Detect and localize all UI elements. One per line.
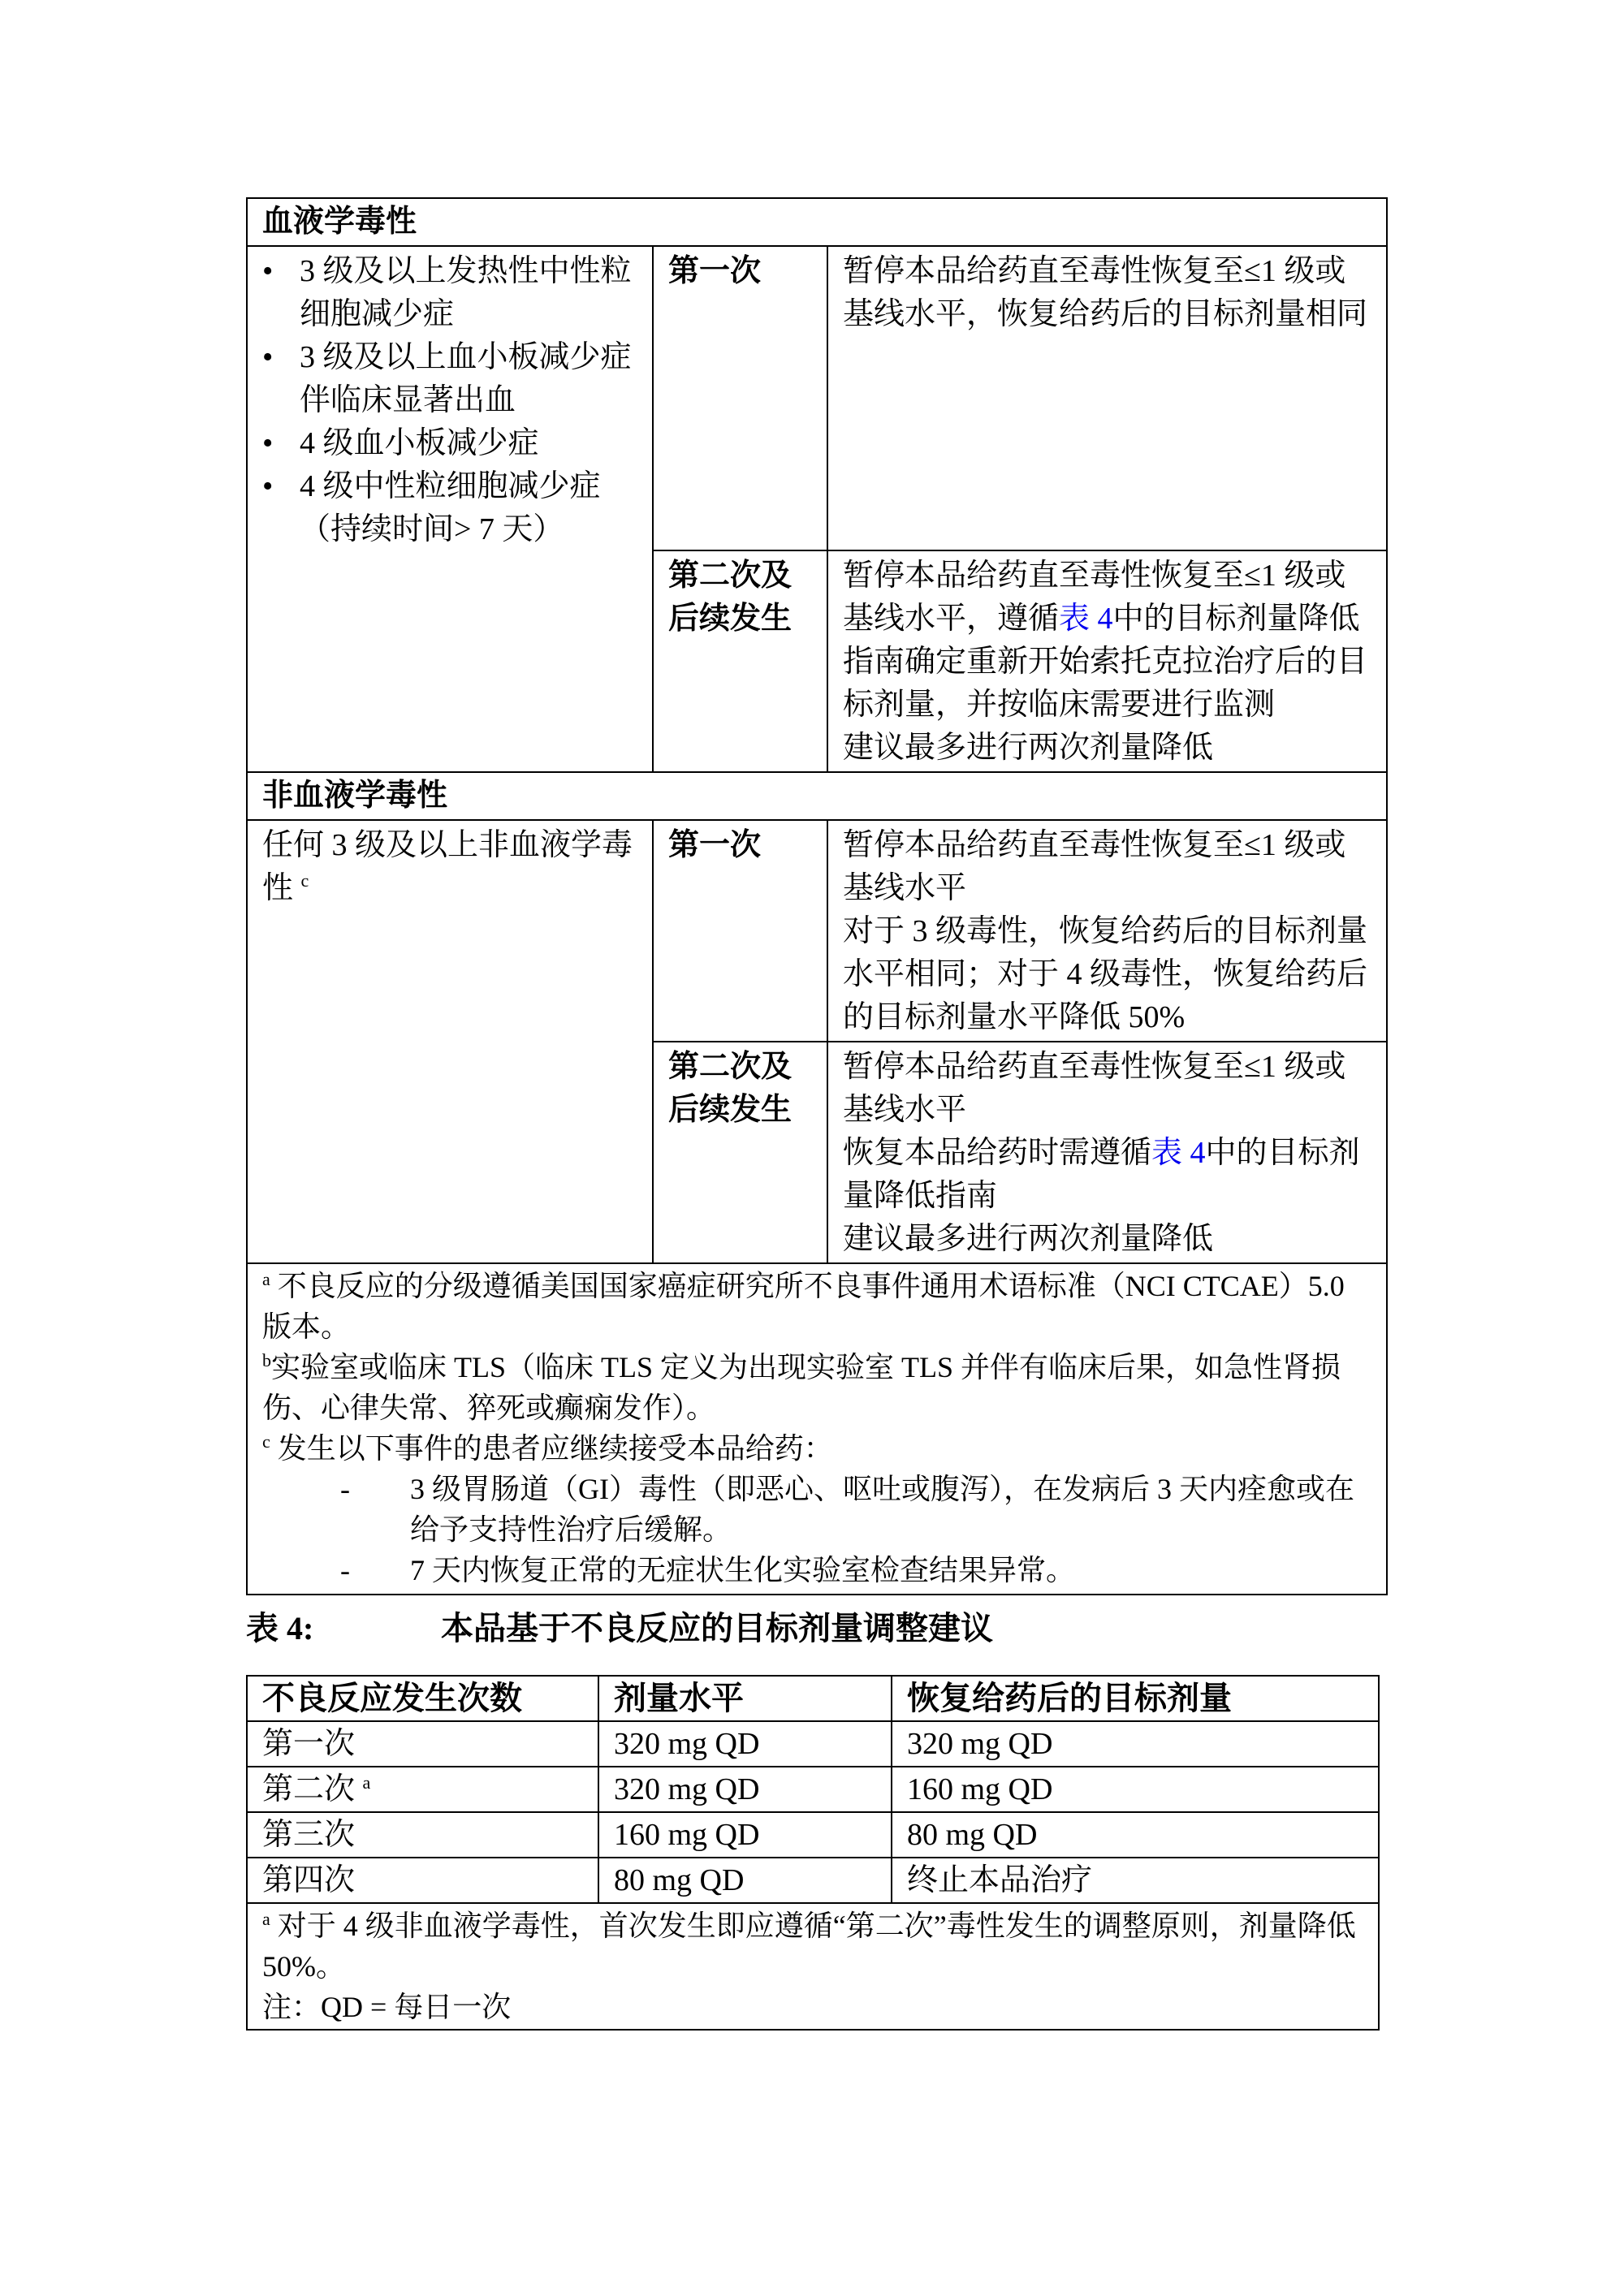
action-cell: 暂停本品给药直至毒性恢复至≤1 级或基线水平，遵循表 4中的目标剂量降低指南确定… xyxy=(827,550,1387,772)
footnotes-cell: a 不良反应的分级遵循美国国家癌症研究所不良事件通用术语标准（NCI CTCAE… xyxy=(247,1263,1387,1595)
table-4-caption: 表 4:本品基于不良反应的目标剂量调整建议 xyxy=(246,1606,993,1651)
footnotes-row: a 不良反应的分级遵循美国国家癌症研究所不良事件通用术语标准（NCI CTCAE… xyxy=(247,1263,1387,1595)
table-row: 任何 3 级及以上非血液学毒性 c 第一次 暂停本品给药直至毒性恢复至≤1 级或… xyxy=(247,820,1387,1042)
footnote-c-item: -7 天内恢复正常的无症状生化实验室检查结果异常。 xyxy=(262,1550,1371,1590)
action-text: 暂停本品给药直至毒性恢复至≤1 级或基线水平 xyxy=(843,824,1371,910)
occurrence-label: 第二次及后续发生 xyxy=(653,1042,827,1263)
table-row: 第三次 160 mg QD 80 mg QD xyxy=(247,1812,1379,1858)
footnote-a: a 对于 4 级非血液学毒性，首次发生即应遵循“第二次”毒性发生的调整原则，剂量… xyxy=(262,1905,1363,1987)
action-text: 暂停本品给药直至毒性恢复至≤1 级或基线水平 xyxy=(843,1046,1371,1132)
occurrence-label: 第一次 xyxy=(653,246,827,550)
dose-cell: 80 mg QD xyxy=(598,1858,892,1903)
occurrence-text: 第二次 xyxy=(262,1772,355,1806)
dose-cell: 320 mg QD xyxy=(598,1767,892,1812)
footnote-c-item: -3 级胃肠道（GI）毒性（即恶心、呕吐或腹泻），在发病后 3 天内痊愈或在给予… xyxy=(262,1469,1371,1550)
action-note: 建议最多进行两次剂量降低 xyxy=(843,1218,1371,1261)
action-cell: 暂停本品给药直至毒性恢复至≤1 级或基线水平 对于 3 级毒性，恢复给药后的目标… xyxy=(827,820,1387,1042)
action-text: 对于 3 级毒性，恢复给药后的目标剂量水平相同；对于 4 级毒性，恢复给药后的目… xyxy=(843,910,1371,1039)
abbreviation-note: 注：QD = 每日一次 xyxy=(262,1987,1363,2027)
action-cell: 暂停本品给药直至毒性恢复至≤1 级或基线水平，恢复给药后的目标剂量相同 xyxy=(827,246,1387,550)
dash-bullet: - xyxy=(262,1550,410,1590)
footnotes-row: a 对于 4 级非血液学毒性，首次发生即应遵循“第二次”毒性发生的调整原则，剂量… xyxy=(247,1903,1379,2030)
footnote-text: 实验室或临床 TLS（临床 TLS 定义为出现实验室 TLS 并伴有临床后果，如… xyxy=(262,1351,1341,1424)
footnote-c: c 发生以下事件的患者应继续接受本品给药： xyxy=(262,1428,1371,1469)
occurrence-text: 第四次 xyxy=(262,1863,355,1897)
criteria-item: 4 级中性粒细胞减少症（持续时间> 7 天） xyxy=(262,465,637,551)
section-header-row: 血液学毒性 xyxy=(247,198,1387,246)
footnote-ref: c xyxy=(301,870,309,891)
criteria-item: 3 级及以上发热性中性粒细胞减少症 xyxy=(262,250,637,336)
target-dose-cell: 320 mg QD xyxy=(892,1721,1379,1767)
occurrence-cell: 第三次 xyxy=(247,1812,598,1858)
footnote-mark: b xyxy=(262,1350,271,1370)
section-title-nonhematologic: 非血液学毒性 xyxy=(247,772,1387,820)
occurrence-cell: 第四次 xyxy=(247,1858,598,1903)
occurrence-label: 第二次及后续发生 xyxy=(653,550,827,772)
column-header: 剂量水平 xyxy=(598,1676,892,1721)
table-row: 第四次 80 mg QD 终止本品治疗 xyxy=(247,1858,1379,1903)
action-text-with-link: 恢复本品给药时需遵循表 4中的目标剂量降低指南 xyxy=(843,1132,1371,1218)
footnote-mark: c xyxy=(262,1431,270,1452)
column-header: 恢复给药后的目标剂量 xyxy=(892,1676,1379,1721)
caption-number: 表 4: xyxy=(246,1606,441,1651)
column-header: 不良反应发生次数 xyxy=(247,1676,598,1721)
target-dose-cell: 80 mg QD xyxy=(892,1812,1379,1858)
table-header-row: 不良反应发生次数 剂量水平 恢复给药后的目标剂量 xyxy=(247,1676,1379,1721)
criteria-item: 4 级血小板减少症 xyxy=(262,422,637,465)
caption-title: 本品基于不良反应的目标剂量调整建议 xyxy=(441,1610,993,1646)
section-title-hematologic: 血液学毒性 xyxy=(247,198,1387,246)
dose-cell: 320 mg QD xyxy=(598,1721,892,1767)
footnote-text: 不良反应的分级遵循美国国家癌症研究所不良事件通用术语标准（NCI CTCAE）5… xyxy=(262,1270,1345,1343)
table-row: 第二次 a 320 mg QD 160 mg QD xyxy=(247,1767,1379,1812)
target-dose-cell: 终止本品治疗 xyxy=(892,1858,1379,1903)
occurrence-cell: 第二次 a xyxy=(247,1767,598,1812)
footnotes-cell: a 对于 4 级非血液学毒性，首次发生即应遵循“第二次”毒性发生的调整原则，剂量… xyxy=(247,1903,1379,2030)
criteria-cell: 任何 3 级及以上非血液学毒性 c xyxy=(247,820,653,1263)
dose-cell: 160 mg QD xyxy=(598,1812,892,1858)
occurrence-text: 第一次 xyxy=(262,1727,355,1761)
criteria-text: 任何 3 级及以上非血液学毒性 xyxy=(262,828,633,905)
occurrence-label: 第一次 xyxy=(653,820,827,1042)
footnote-text: 发生以下事件的患者应继续接受本品给药： xyxy=(278,1432,833,1465)
criteria-cell: 3 级及以上发热性中性粒细胞减少症 3 级及以上血小板减少症伴临床显著出血 4 … xyxy=(247,246,653,772)
table-4-link[interactable]: 表 4 xyxy=(1151,1136,1206,1170)
dash-bullet: - xyxy=(262,1469,410,1550)
document-page: 血液学毒性 3 级及以上发热性中性粒细胞减少症 3 级及以上血小板减少症伴临床显… xyxy=(0,0,1624,2296)
criteria-list: 3 级及以上发热性中性粒细胞减少症 3 级及以上血小板减少症伴临床显著出血 4 … xyxy=(262,250,637,551)
footnote-b: b实验室或临床 TLS（临床 TLS 定义为出现实验室 TLS 并伴有临床后果，… xyxy=(262,1347,1371,1428)
footnote-text: 对于 4 级非血液学毒性，首次发生即应遵循“第二次”毒性发生的调整原则，剂量降低… xyxy=(262,1910,1356,1983)
occurrence-text: 第三次 xyxy=(262,1818,355,1852)
action-note: 建议最多进行两次剂量降低 xyxy=(843,727,1371,770)
dose-adjustment-table: 不良反应发生次数 剂量水平 恢复给药后的目标剂量 第一次 320 mg QD 3… xyxy=(246,1675,1380,2031)
footnote-ref: a xyxy=(363,1772,371,1793)
footnote-item-text: 3 级胃肠道（GI）毒性（即恶心、呕吐或腹泻），在发病后 3 天内痊愈或在给予支… xyxy=(410,1469,1371,1550)
target-dose-cell: 160 mg QD xyxy=(892,1767,1379,1812)
table-4-link[interactable]: 表 4 xyxy=(1059,602,1113,636)
action-cell: 暂停本品给药直至毒性恢复至≤1 级或基线水平 恢复本品给药时需遵循表 4中的目标… xyxy=(827,1042,1387,1263)
footnote-a: a 不良反应的分级遵循美国国家癌症研究所不良事件通用术语标准（NCI CTCAE… xyxy=(262,1266,1371,1347)
occurrence-cell: 第一次 xyxy=(247,1721,598,1767)
footnote-mark: a xyxy=(262,1269,270,1289)
table-row: 第一次 320 mg QD 320 mg QD xyxy=(247,1721,1379,1767)
action-text: 恢复本品给药时需遵循 xyxy=(843,1136,1151,1170)
section-header-row: 非血液学毒性 xyxy=(247,772,1387,820)
footnote-mark: a xyxy=(262,1909,270,1929)
footnote-item-text: 7 天内恢复正常的无症状生化实验室检查结果异常。 xyxy=(410,1550,1371,1590)
toxicity-management-table: 血液学毒性 3 级及以上发热性中性粒细胞减少症 3 级及以上血小板减少症伴临床显… xyxy=(246,197,1388,1595)
table-row: 3 级及以上发热性中性粒细胞减少症 3 级及以上血小板减少症伴临床显著出血 4 … xyxy=(247,246,1387,550)
criteria-item: 3 级及以上血小板减少症伴临床显著出血 xyxy=(262,336,637,422)
